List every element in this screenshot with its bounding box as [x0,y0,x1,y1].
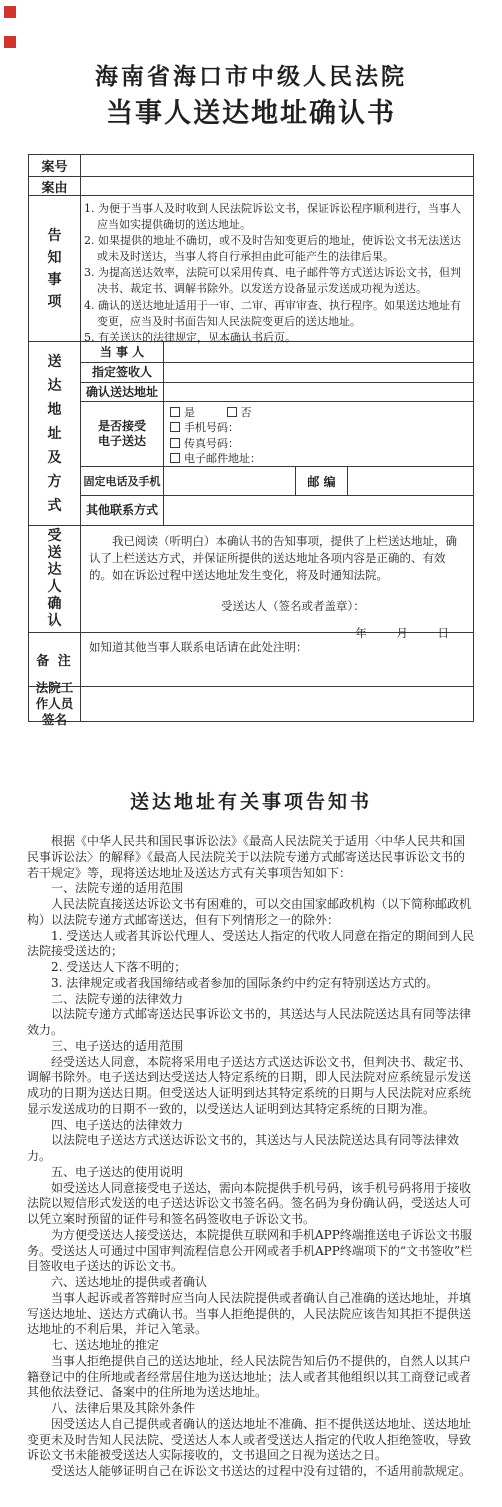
checkbox-fax[interactable] [170,438,180,448]
option-email-label: 电子邮件地址： [184,452,261,465]
notice-heading-3: 三、电子送达的适用范围 [27,1039,476,1055]
notice-item-4: 4. 确认的送达地址适用于一审、二审、再审审查、执行程序。如果送达地址有变更，应… [84,298,468,330]
case-number-label: 案号 [29,155,81,176]
other-contact-value[interactable] [164,496,473,525]
notice-subitem-3: 3. 法律规定或者我国缔结或者参加的国际条约中约定有特别送达方式的。 [27,976,476,992]
court-name-title: 海南省海口市中级人民法院 [0,62,502,92]
case-cause-label: 案由 [29,177,81,195]
designated-recipient-value[interactable] [164,363,473,382]
other-contact-row: 其他联系方式 [81,495,473,525]
case-number-value[interactable] [81,155,473,176]
notice-paragraph: 受送达人能够证明自己在诉讼文书送达的过程中没有过错的，不适用前款规定。 [27,1464,476,1480]
option-fax-label: 传真号码： [184,437,239,450]
notice-label: 告知事项 [29,196,81,341]
red-marker-bottom [4,36,16,48]
signature-line[interactable]: 受送达人（签名或者盖章）： [89,598,463,615]
document-title: 当事人送达地址确认书 [0,96,502,132]
notice-list: 1. 为便于当事人及时收到人民法院诉讼文书，保证诉讼程序顺利进行，当事人应当如实… [81,196,473,341]
phone-value[interactable] [164,467,296,495]
party-value[interactable] [164,342,473,362]
notice-subitem-1: 1. 受送达人或者其诉讼代理人、受送达人指定的代收人同意在指定的期间到人民法院接… [27,929,476,961]
postcode-label: 邮 编 [296,467,348,495]
notice-paragraph: 因受送达人自己提供或者确认的送达地址不准确、拒不提供送达地址、送达地址变更未及时… [27,1417,476,1464]
e-delivery-options: 是 否 手机号码： 传真号码： 电子邮件地址： [164,402,473,466]
case-cause-row: 案由 [29,176,473,195]
party-row: 当 事 人 [81,342,473,362]
recipient-confirmation-row: 受送达人确认 我已阅读（听明白）本确认书的告知事项，提供了上栏送达地址，确认了上… [29,525,473,632]
confirmation-form-table: 案号 案由 告知事项 1. 为便于当事人及时收到人民法院诉讼文书，保证诉讼程序顺… [28,154,474,722]
notice-paragraph: 以法院专递方式邮寄送达民事诉讼文书的，其送达与人民法院送达具有同等法律效力。 [27,1007,476,1039]
address-section-label: 送达地址及方式 [29,342,81,525]
notice-paragraph: 当事人起诉或者答辩时应当向人民法院提供或者确认自己准确的送达地址，并填写送达地址… [27,1291,476,1338]
notice-heading-1: 一、法院专递的适用范围 [27,881,476,897]
notice-heading-5: 五、电子送达的使用说明 [27,1165,476,1181]
other-contact-label: 其他联系方式 [81,496,164,525]
checkbox-no[interactable] [227,407,237,417]
notice-paragraph: 以法院电子送达方式送达诉讼文书的，其送达与人民法院送达具有同等法律效力。 [27,1133,476,1165]
court-staff-label: 法院工作人员签名 [29,687,81,721]
e-delivery-row: 是否接受 电子送达 是 否 手机号码： 传真号码： 电子邮件地址： [81,401,473,466]
option-mobile-label: 手机号码： [184,421,239,434]
case-number-row: 案号 [29,155,473,176]
designated-recipient-row: 指定签收人 [81,362,473,382]
e-delivery-label: 是否接受 电子送达 [81,402,164,466]
red-marker-top [4,6,16,18]
checkbox-mobile[interactable] [170,422,180,432]
option-no-label: 否 [241,406,252,419]
notice-paragraph: 根据《中华人民共和国民事诉讼法》《最高人民法院关于适用〈中华人民共和国民事诉讼法… [27,834,476,881]
recipient-confirmation-content: 我已阅读（听明白）本确认书的告知事项，提供了上栏送达地址，确认了上栏送达方式，并… [81,526,473,632]
remark-content[interactable]: 如知道其他当事人联系电话请在此处注明： [81,633,473,686]
confirmation-statement: 我已阅读（听明白）本确认书的告知事项，提供了上栏送达地址，确认了上栏送达方式，并… [89,533,463,584]
remark-row: 备 注 如知道其他当事人联系电话请在此处注明： [29,632,473,686]
notice-paragraph: 经受送达人同意，本院将采用电子送达方式送达诉讼文书，但判决书、裁定书、调解书除外… [27,1055,476,1118]
notice-paragraph: 如受送达人同意接受电子送达，需向本院提供手机号码，该手机号码将用于接收法院以短信… [27,1181,476,1228]
designated-recipient-label: 指定签收人 [81,363,164,382]
notice-heading-4: 四、电子送达的法律效力 [27,1118,476,1134]
court-staff-row: 法院工作人员签名 [29,686,473,721]
option-yes-label: 是 [184,406,195,419]
confirmed-address-row: 确认送达地址 [81,382,473,401]
notice-item-2: 2. 如果提供的地址不确切，或不及时告知变更后的地址，使诉讼文书无法送达或未及时… [84,233,468,265]
notice-subitem-2: 2. 受送达人下落不明的； [27,960,476,976]
remark-label: 备 注 [29,633,81,686]
notice-paragraph: 当事人拒绝提供自己的送达地址，经人民法院告知后仍不提供的，自然人以其户籍登记中的… [27,1354,476,1401]
notice-paragraph: 为方便受送达人接受送达，本院提供互联网和手机APP终端推送电子诉讼文书服务。受送… [27,1228,476,1275]
checkbox-yes[interactable] [170,407,180,417]
notice-heading-2: 二、法院专递的法律效力 [27,992,476,1008]
court-staff-signature-value[interactable] [81,687,473,721]
checkbox-email[interactable] [170,453,180,463]
notice-heading-6: 六、送达地址的提供或者确认 [27,1275,476,1291]
phone-row: 固定电话及手机 邮 编 [81,466,473,495]
notice-row: 告知事项 1. 为便于当事人及时收到人民法院诉讼文书，保证诉讼程序顺利进行，当事… [29,195,473,341]
notice-heading-7: 七、送达地址的推定 [27,1338,476,1354]
notice-item-1: 1. 为便于当事人及时收到人民法院诉讼文书，保证诉讼程序顺利进行，当事人应当如实… [84,201,468,233]
notice-page-body: 根据《中华人民共和国民事诉讼法》《最高人民法院关于适用〈中华人民共和国民事诉讼法… [27,834,476,1480]
notice-paragraph: 人民法院直接送达诉讼文书有困难的，可以交由国家邮政机构（以下简称邮政机构）以法院… [27,897,476,929]
confirmed-address-label: 确认送达地址 [81,383,164,401]
recipient-confirmation-label: 受送达人确认 [29,526,81,632]
confirmed-address-value[interactable] [164,383,473,401]
address-section: 送达地址及方式 当 事 人 指定签收人 确认送达地址 是否接受 电子送达 [29,341,473,525]
party-label: 当 事 人 [81,342,164,362]
phone-label: 固定电话及手机 [81,467,164,495]
case-cause-value[interactable] [81,177,473,195]
postcode-value[interactable] [348,467,473,495]
notice-item-3: 3. 为提高送达效率，法院可以采用传真、电子邮件等方式送达诉讼文书，但判决书、裁… [84,265,468,297]
notice-heading-8: 八、法律后果及其除外条件 [27,1401,476,1417]
notice-page-title: 送达地址有关事项告知书 [0,788,502,816]
